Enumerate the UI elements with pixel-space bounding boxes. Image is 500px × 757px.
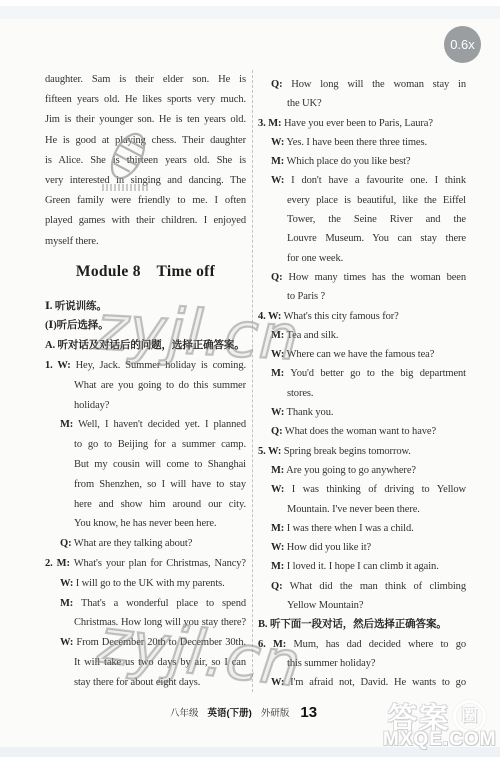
text-line: Ⅰ. 听说训练。 (45, 297, 246, 317)
text-line: 5. W: Spring break begins tomorrow. (258, 442, 466, 461)
text-line: daughter. Sam is their elder son. He is (45, 70, 246, 90)
text-line: M: I loved it. I hope I can climb it aga… (258, 557, 466, 576)
text-line: B. 听下面一段对话，然后选择正确答案。 (258, 615, 466, 634)
stamp-watermark-icon (98, 130, 158, 190)
footer: 八年级 英语(下册) 外研版 13 (170, 703, 317, 721)
mxqe-site-watermark: MXQE.COM (383, 729, 497, 751)
text-line: every place is beautiful, like the Eiffe… (258, 191, 466, 210)
textbook-page: daughter. Sam is their elder son. He isf… (0, 0, 500, 757)
text-line: W: Where can we have the famous tea? (258, 345, 466, 364)
text-line: Q: How many times has the woman been (258, 268, 466, 287)
text-line: 1. W: Hey, Jack. Summer holiday is comin… (45, 356, 246, 376)
text-line: Jim is their younger son. He is ten year… (45, 110, 246, 130)
text-line: 3. M: Have you ever been to Paris, Laura… (258, 114, 466, 133)
text-line: played games with their children. I enjo… (45, 211, 246, 231)
dialogue-list-left: Ⅰ. 听说训练。(Ⅰ)听后选择。A. 听对话及对话后的问题，选择正确答案。1. … (45, 297, 246, 693)
text-line: holiday? (45, 396, 246, 416)
text-line: W: Yes. I have been there three times. (258, 133, 466, 152)
text-line: M: You'd better go to the big department (258, 364, 466, 383)
text-line: M: Are you going to go anywhere? (258, 461, 466, 480)
text-line: this summer holiday? (258, 654, 466, 673)
text-line: W: Thank you. (258, 403, 466, 422)
module-heading: Module 8 Time off (45, 259, 246, 285)
text-line: What are you going to do this summer (45, 376, 246, 396)
text-line: W: How did you like it? (258, 538, 466, 557)
top-band (0, 6, 500, 19)
text-line: W: From December 20th to December 30th. (45, 633, 246, 653)
text-line: stay there for about eight days. (45, 673, 246, 693)
text-line: myself there. (45, 232, 246, 252)
text-line: to Paris ? (258, 287, 466, 306)
text-line: M: Well, I haven't decided yet. I planne… (45, 415, 246, 435)
text-line: It will take us two days by air, so I ca… (45, 653, 246, 673)
text-line: A. 听对话及对话后的问题，选择正确答案。 (45, 336, 246, 356)
text-line: Louvre Museum. You can stay there (258, 229, 466, 248)
text-line: Q: How long will the woman stay in (258, 75, 466, 94)
text-line: Yellow Mountain? (258, 596, 466, 615)
text-line: Mountain. I've never been there. (258, 500, 466, 519)
text-line: W: I was thinking of driving to Yellow (258, 480, 466, 499)
footer-subject: 英语(下册) (208, 705, 252, 719)
text-line: Q: What did the man think of climbing (258, 577, 466, 596)
text-line: fifteen years old. He likes sports very … (45, 90, 246, 110)
column-divider (252, 70, 253, 692)
text-line: W: I will go to the UK with my parents. (45, 574, 246, 594)
text-line: stores. (258, 384, 466, 403)
zoom-level-badge[interactable]: 0.6x (444, 26, 481, 63)
text-line: You know, he has never been here. (45, 514, 246, 534)
text-line: W: I'm afraid not, David. He wants to go (258, 673, 466, 692)
text-line: to go to Beijing for a summer camp. (45, 435, 246, 455)
text-line: Q: What does the woman want to have? (258, 422, 466, 441)
dialogue-list-right: Q: How long will the woman stay inthe UK… (258, 75, 466, 693)
right-column: Q: How long will the woman stay inthe UK… (258, 75, 466, 693)
text-line: Christmas. How long will you stay there? (45, 613, 246, 633)
text-line: here and show him around our city. (45, 495, 246, 515)
stamp-smalltext (102, 184, 150, 191)
footer-edition: 外研版 (261, 705, 290, 719)
text-line: W: I don't have a favourite one. I think (258, 171, 466, 190)
text-line: from Shenzhen, so I will have to stay (45, 475, 246, 495)
text-line: Green family were friendly to me. I ofte… (45, 191, 246, 211)
text-line: for one week. (258, 249, 466, 268)
text-line: M: Tea and silk. (258, 326, 466, 345)
text-line: But my cousin will come to Shanghai (45, 455, 246, 475)
text-line: Tower, the Seine River and the (258, 210, 466, 229)
text-line: M: Which place do you like best? (258, 152, 466, 171)
text-line: M: That's a wonderful place to spend (45, 594, 246, 614)
text-line: M: I was there when I was a child. (258, 519, 466, 538)
text-line: 4. W: What's this city famous for? (258, 307, 466, 326)
text-line: Q: What are they talking about? (45, 534, 246, 554)
text-line: the UK? (258, 94, 466, 113)
footer-grade: 八年级 (170, 705, 199, 719)
page-number: 13 (300, 704, 317, 721)
text-line: (Ⅰ)听后选择。 (45, 316, 246, 336)
text-line: 6. M: Mum, has dad decided where to go (258, 635, 466, 654)
text-line: 2. M: What's your plan for Christmas, Na… (45, 554, 246, 574)
